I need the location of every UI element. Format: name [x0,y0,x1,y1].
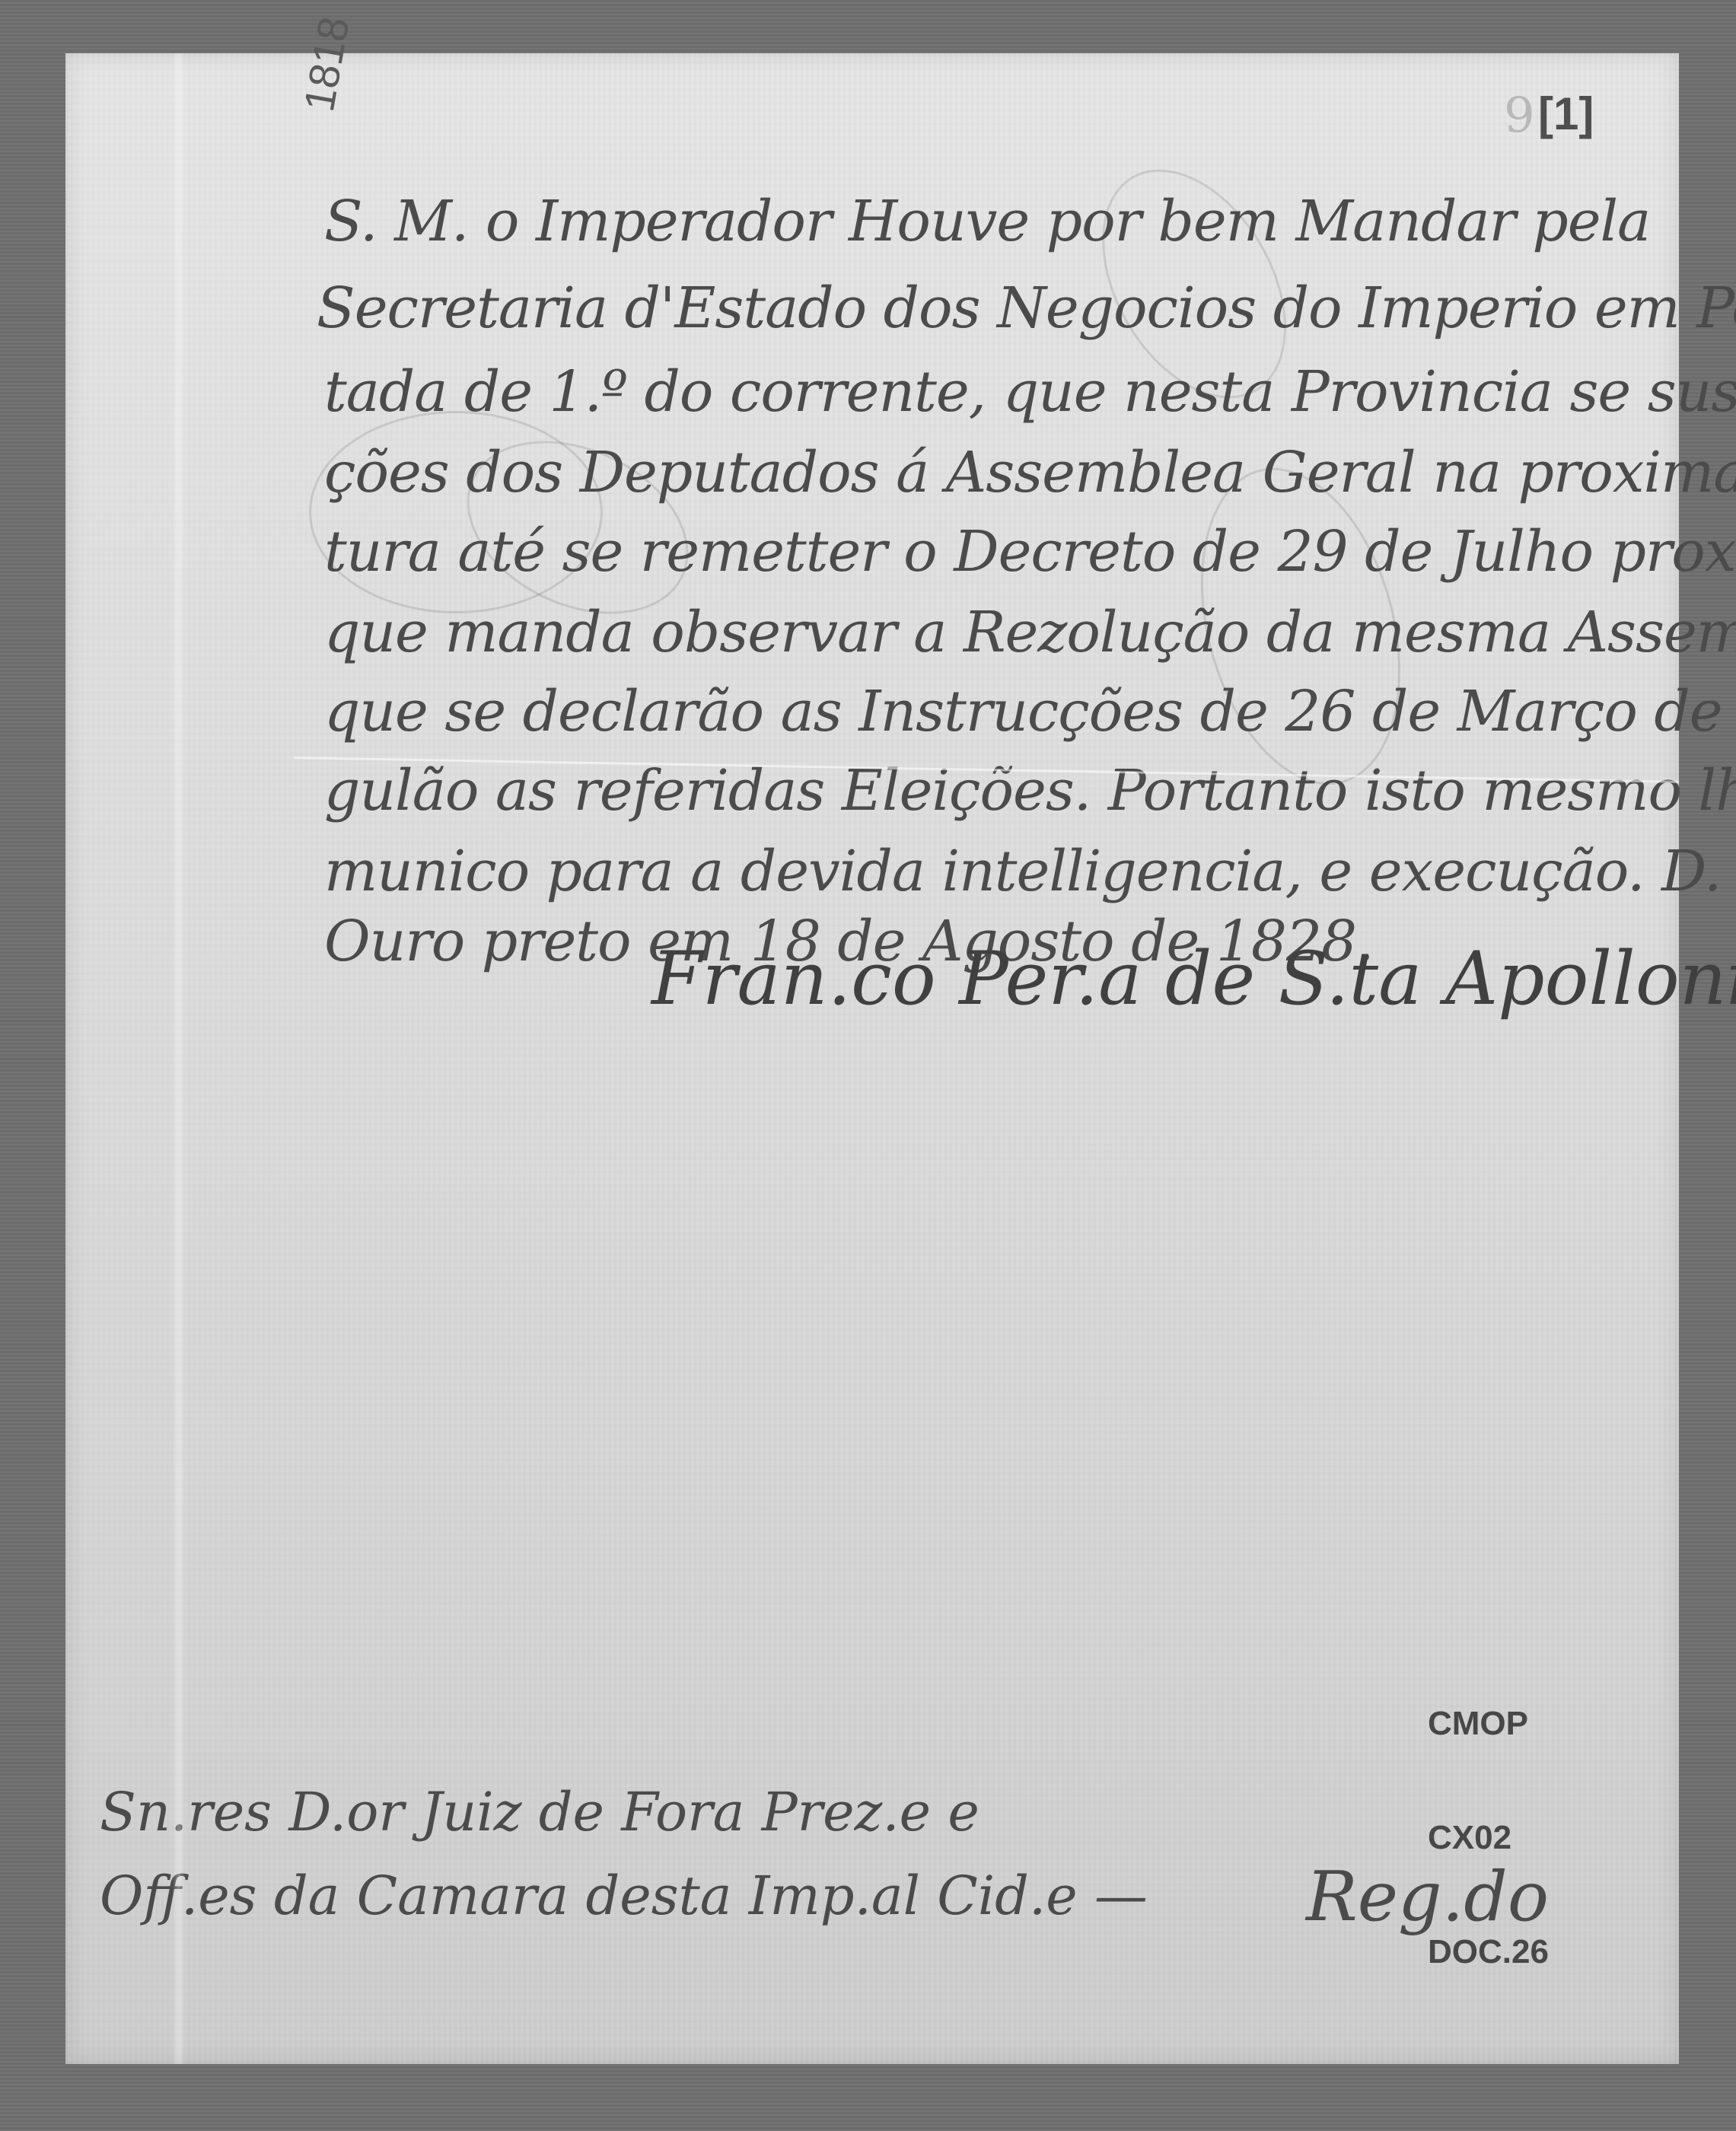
body-line: ções dos Deputados á Assemblea Geral na … [324,440,1736,505]
body-line: munico para a devida intelligencia, e ex… [324,839,1736,904]
folio-pencil-number: 9 [1504,88,1535,144]
body-line: que manda observar a Rezolução da mesma … [324,600,1736,665]
addressee-line: Off.es da Camara desta Imp.al Cid.e — [100,1865,1148,1927]
stamp-line: CX02 [1428,1819,1549,1857]
folio-bracket-number: [1] [1538,88,1594,140]
body-line: S. M. o Imperador Houve por bem Mandar p… [324,189,1650,254]
stamp-line: CMOP [1428,1705,1549,1743]
stamp-line: DOC.26 [1428,1933,1549,1971]
body-line: Secretaria d'Estado dos Negocios do Impe… [317,276,1736,341]
body-line: tura até se remetter o Decreto de 29 de … [324,519,1736,585]
body-line: que se declarão as Instrucções de 26 de … [324,679,1736,744]
addressee-line: Sn.res D.or Juiz de Fora Prez.e e [100,1781,979,1843]
signature: Fran.co Per.a de S.ta Apollonia [651,936,1736,1021]
body-line: gulão as referidas Eleições. Portanto is… [324,758,1736,823]
archive-stamp: CMOP CX02 DOC.26 [1428,1629,1549,2047]
registry-note: Reg.do [1306,1857,1549,1937]
manuscript-page: 1818 9 [1] S. M. o Imperador Houve por b… [65,53,1679,2064]
body-line: tada de 1.º do corrente, que nesta Provi… [324,359,1736,425]
